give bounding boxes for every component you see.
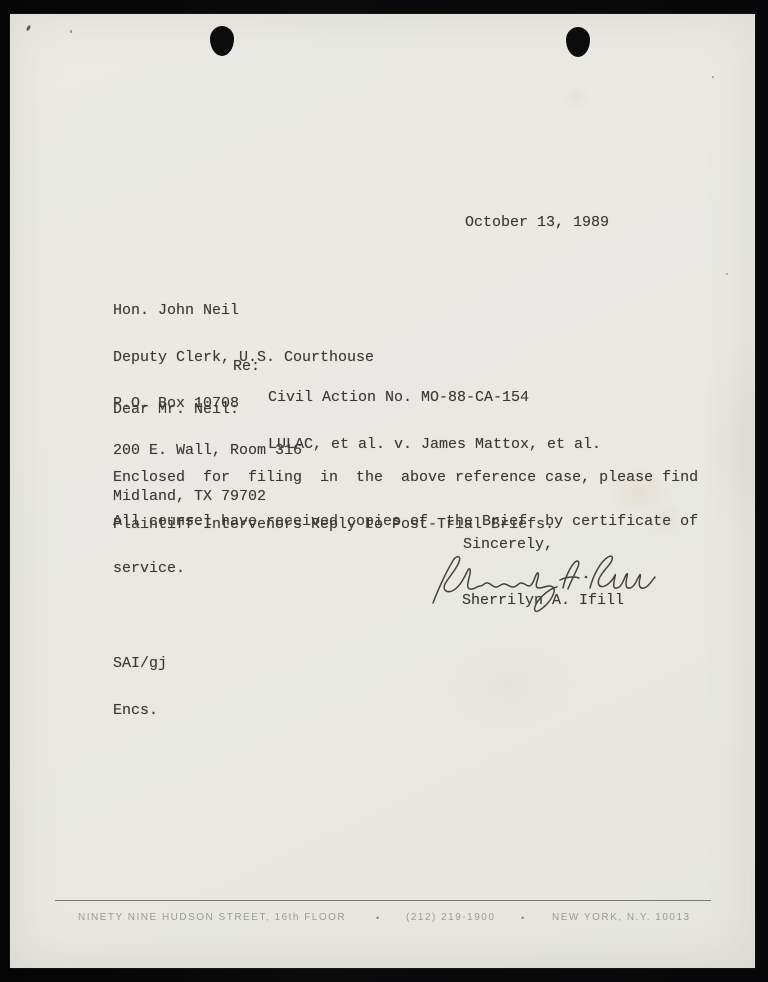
footer-bullet-icon: •: [376, 913, 379, 923]
re-line-case-number: Civil Action No. MO-88-CA-154: [268, 390, 601, 406]
enclosure-notation: Encs.: [113, 703, 167, 719]
footer-city: NEW YORK, N.Y. 10013: [552, 912, 691, 923]
speck: [712, 76, 714, 78]
salutation: Dear Mr. Neil:: [113, 402, 239, 418]
hole-punch-right: [566, 27, 590, 57]
footer-bullet-icon: •: [521, 913, 524, 923]
letter-page: October 13, 1989 Hon. John Neil Deputy C…: [10, 14, 755, 968]
speck: [70, 30, 72, 33]
pen-mark: [26, 25, 31, 32]
recipient-line: Hon. John Neil: [113, 303, 374, 319]
body-line: All counsel have received copies of the …: [113, 514, 698, 530]
footer-street-address: NINETY NINE HUDSON STREET, 16th FLOOR: [78, 912, 346, 923]
hole-punch-left: [210, 26, 234, 56]
footer-phone: (212) 219-1900: [406, 912, 495, 923]
re-label: Re:: [233, 359, 260, 375]
speck: [726, 273, 728, 275]
reference-block: SAI/gj Encs.: [113, 625, 167, 749]
footer-rule: [55, 900, 711, 901]
reference-initials: SAI/gj: [113, 656, 167, 672]
letter-date: October 13, 1989: [465, 215, 609, 231]
typed-signer-name: Sherrilyn A. Ifill: [462, 593, 624, 609]
